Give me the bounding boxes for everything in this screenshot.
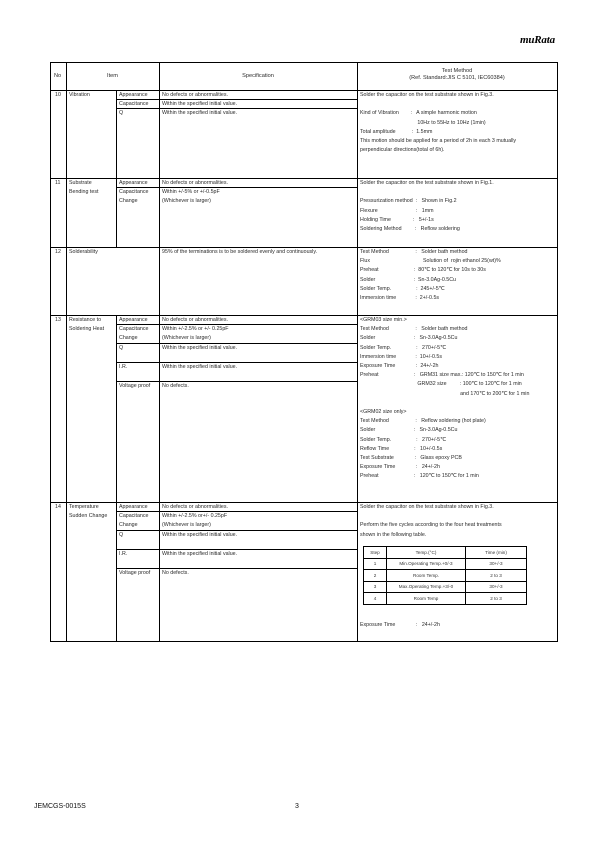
test-method-line: Test Substrate : Glass epoxy PCB <box>360 455 462 461</box>
test-spec-table: NoItemSpecificationTest Method(Ref. Stan… <box>0 0 595 842</box>
cycle-table-cell: 4 <box>364 593 387 605</box>
row-item-name: Bending test <box>69 189 98 195</box>
test-method-line: Preheat : 120℃ to 150℃ for 1 min <box>360 473 479 479</box>
cycle-table-cell: Room Temp <box>387 593 466 605</box>
sub-item-label: Capacitance <box>119 189 148 195</box>
sub-item-spec: No defects or abnormalities. <box>162 180 228 186</box>
test-method-line: Solder the capacitor on the test substra… <box>360 180 494 186</box>
sub-item-spec: Within the specified initial value. <box>162 110 237 116</box>
sub-item-label: Capacitance <box>119 326 148 332</box>
header-test-method-ref: (Ref. Standard:JIS C 5101, IEC60384) <box>357 75 557 81</box>
sub-item-label: I.R. <box>119 551 127 557</box>
table-border <box>50 502 558 503</box>
cycle-table-cell: 2 to 3 <box>466 593 527 605</box>
test-method-line: Test Method : Solder bath method <box>360 249 467 255</box>
sub-item-spec: No defects. <box>162 570 189 576</box>
test-method-line: Pressurization method : Shown in Fig.2 <box>360 198 457 204</box>
test-method-line: Exposure Time : 24+/-2h <box>360 363 438 369</box>
test-method-line: Solder the capacitor on the test substra… <box>360 504 494 510</box>
table-border <box>50 90 558 91</box>
test-method-line: Solder : Sn-3.0Ag-0.5Cu <box>360 335 457 341</box>
cycle-table-row: 3Max.Operating Temp.+3/-030+/-3 <box>364 581 527 593</box>
sub-item-label: Change <box>119 522 138 528</box>
test-method-line: 10Hz to 55Hz to 10Hz (1min) <box>360 120 486 126</box>
table-border <box>116 549 357 550</box>
table-border <box>116 568 357 569</box>
test-method-line: Total amplitude : 1.5mm <box>360 129 432 135</box>
sub-item-label: Appearance <box>119 317 148 323</box>
cycle-table-cell: 2 to 3 <box>466 570 527 582</box>
cycle-table-row: 2Room Temp.2 to 3 <box>364 570 527 582</box>
sub-item-spec: Within +/-5% or +/-0.5pF <box>162 189 220 195</box>
table-border <box>116 324 357 325</box>
row-number: 14 <box>55 504 61 510</box>
sub-item-spec: Within the specified initial value. <box>162 364 237 370</box>
test-method-line: Flux Solution of rojin ethanol 25(wt)% <box>360 258 501 264</box>
cycle-table-cell: Max.Operating Temp.+3/-0 <box>387 581 466 593</box>
table-border <box>159 62 160 641</box>
sub-item-label: Q <box>119 532 123 538</box>
row-item-name: Temperature <box>69 504 99 510</box>
sub-item-spec: No defects or abnormalities. <box>162 317 228 323</box>
test-method-line: and 170℃ to 200℃ for 1 min <box>360 391 529 397</box>
table-border <box>557 62 558 641</box>
sub-item-label: Capacitance <box>119 513 148 519</box>
sub-item-label: Appearance <box>119 92 148 98</box>
table-border <box>50 178 558 179</box>
sub-item-spec: Within +/-2.5% or+/- 0.25pF <box>162 513 227 519</box>
header-no: No <box>54 73 61 79</box>
cycle-table-cell: Min.Operating Temp.+0/-3 <box>387 558 466 570</box>
page-number: 3 <box>295 803 299 810</box>
row-item-name: Resistance to <box>69 317 101 323</box>
row-spec: 95% of the terminations is to be soldere… <box>162 249 317 255</box>
row-item-name: Substrate <box>69 180 92 186</box>
test-method-line: Exposure Time : 24+/-2h <box>360 464 440 470</box>
table-border <box>50 641 558 642</box>
test-method-line: Holding Time : 5+/-1s <box>360 217 434 223</box>
cycle-table-cell: 2 <box>364 570 387 582</box>
test-method-line: Solder Temp. : 245+/-5℃ <box>360 286 445 292</box>
sub-item-spec: No defects. <box>162 383 189 389</box>
row-item-name: Vibration <box>69 92 90 98</box>
test-method-line: Kind of Vibration : A simple harmonic mo… <box>360 110 477 116</box>
sub-item-label: Voltage proof <box>119 383 150 389</box>
cycle-table-cell: Temp.(°C) <box>387 547 466 559</box>
document-id: JEMCGS-0015S <box>34 803 86 810</box>
cycle-table-cell: Room Temp. <box>387 570 466 582</box>
test-method-line: Test Method : Solder bath method <box>360 326 467 332</box>
test-method-line: perpendicular directions(total of 6h). <box>360 147 445 153</box>
table-border <box>116 502 117 641</box>
test-method-line: <GRM03 size min.> <box>360 317 407 323</box>
cycle-table-row: 4Room Temp2 to 3 <box>364 593 527 605</box>
row-number: 10 <box>55 92 61 98</box>
sub-item-spec: Within +/-2.5% or +/- 0.25pF <box>162 326 229 332</box>
test-method-line: Test Method : Reflow soldering (hot plat… <box>360 418 486 424</box>
table-border <box>116 178 117 247</box>
table-border <box>50 247 558 248</box>
row-number: 13 <box>55 317 61 323</box>
sub-item-spec: (Whichever is larger) <box>162 522 211 528</box>
test-method-line: This motion should be applied for a peri… <box>360 138 516 144</box>
header-test-method: Test Method <box>357 68 557 74</box>
test-method-line: Solder Temp. : 270+/-5℃ <box>360 345 446 351</box>
header-specification: Specification <box>159 73 357 79</box>
sub-item-spec: No defects or abnormalities. <box>162 92 228 98</box>
table-border <box>116 530 357 531</box>
cycle-table-cell: 30+/-3 <box>466 558 527 570</box>
row-number: 11 <box>55 180 61 186</box>
sub-item-spec: (Whichever is larger) <box>162 335 211 341</box>
cycle-table-cell: 30+/-3 <box>466 581 527 593</box>
test-method-line: Soldering Method : Reflow soldering <box>360 226 460 232</box>
test-method-line: Preheat : 80℃ to 120℃ for 10s to 30s <box>360 267 486 273</box>
table-border <box>116 343 357 344</box>
table-border <box>116 381 357 382</box>
sub-item-label: Q <box>119 110 123 116</box>
sub-item-spec: Within the specified initial value. <box>162 345 237 351</box>
table-border <box>116 90 117 178</box>
table-border <box>50 62 51 641</box>
sub-item-label: Appearance <box>119 180 148 186</box>
sub-item-label: Change <box>119 335 138 341</box>
row-item-name: Solderability <box>69 249 98 255</box>
sub-item-spec: Within the specified initial value. <box>162 551 237 557</box>
row-item-name: Sudden Change <box>69 513 107 519</box>
test-method-line: GRM32 size : 100℃ to 120℃ for 1 min <box>360 381 522 387</box>
row-number: 12 <box>55 249 61 255</box>
test-method-line: Exposure Time : 24+/-2h <box>360 622 440 628</box>
temperature-cycle-table: StepTemp.(°C)Time (min)1Min.Operating Te… <box>363 546 527 605</box>
row-item-name: Soldering Heat <box>69 326 104 332</box>
cycle-table-row: 1Min.Operating Temp.+0/-330+/-3 <box>364 558 527 570</box>
table-border <box>50 62 558 63</box>
sub-item-label: Capacitance <box>119 101 148 107</box>
table-border <box>66 62 67 641</box>
sub-item-label: Change <box>119 198 138 204</box>
cycle-table-cell: 3 <box>364 581 387 593</box>
sub-item-spec: Within the specified initial value. <box>162 101 237 107</box>
test-method-line: shown in the following table. <box>360 532 426 538</box>
table-border <box>50 315 558 316</box>
table-border <box>116 187 357 188</box>
test-method-line: Solder : Sn-3.0Ag-0.5Cu <box>360 277 456 283</box>
test-method-line: Preheat : GRM31 size max.: 120℃ to 150℃ … <box>360 372 524 378</box>
table-border <box>116 99 357 100</box>
table-border <box>357 62 358 641</box>
cycle-table-cell: 1 <box>364 558 387 570</box>
sub-item-label: I.R. <box>119 364 127 370</box>
test-method-line: Flexure : 1mm <box>360 208 434 214</box>
sub-item-label: Voltage proof <box>119 570 150 576</box>
table-border <box>116 362 357 363</box>
sub-item-spec: No defects or abnormalities. <box>162 504 228 510</box>
test-method-line: Solder : Sn-3.0Ag-0.5Cu <box>360 427 457 433</box>
test-method-line: Immersion time : 10+/-0.5s <box>360 354 442 360</box>
sub-item-spec: Within the specified initial value. <box>162 532 237 538</box>
header-item: Item <box>66 73 159 79</box>
sub-item-spec: (Whichever is larger) <box>162 198 211 204</box>
test-method-line: Reflow Time : 10+/-0.5s <box>360 446 442 452</box>
sub-item-label: Q <box>119 345 123 351</box>
cycle-table-header: StepTemp.(°C)Time (min) <box>364 547 527 559</box>
cycle-table-cell: Step <box>364 547 387 559</box>
test-method-line: Solder the capacitor on the test substra… <box>360 92 494 98</box>
test-method-line: Immersion time : 2+/-0.5s <box>360 295 439 301</box>
test-method-line: Solder Temp. : 270+/-5℃ <box>360 437 446 443</box>
cycle-table-cell: Time (min) <box>466 547 527 559</box>
table-border <box>116 108 357 109</box>
test-method-line: <GRM02 size only> <box>360 409 407 415</box>
test-method-line: Perform the five cycles according to the… <box>360 522 502 528</box>
table-border <box>116 511 357 512</box>
sub-item-label: Appearance <box>119 504 148 510</box>
